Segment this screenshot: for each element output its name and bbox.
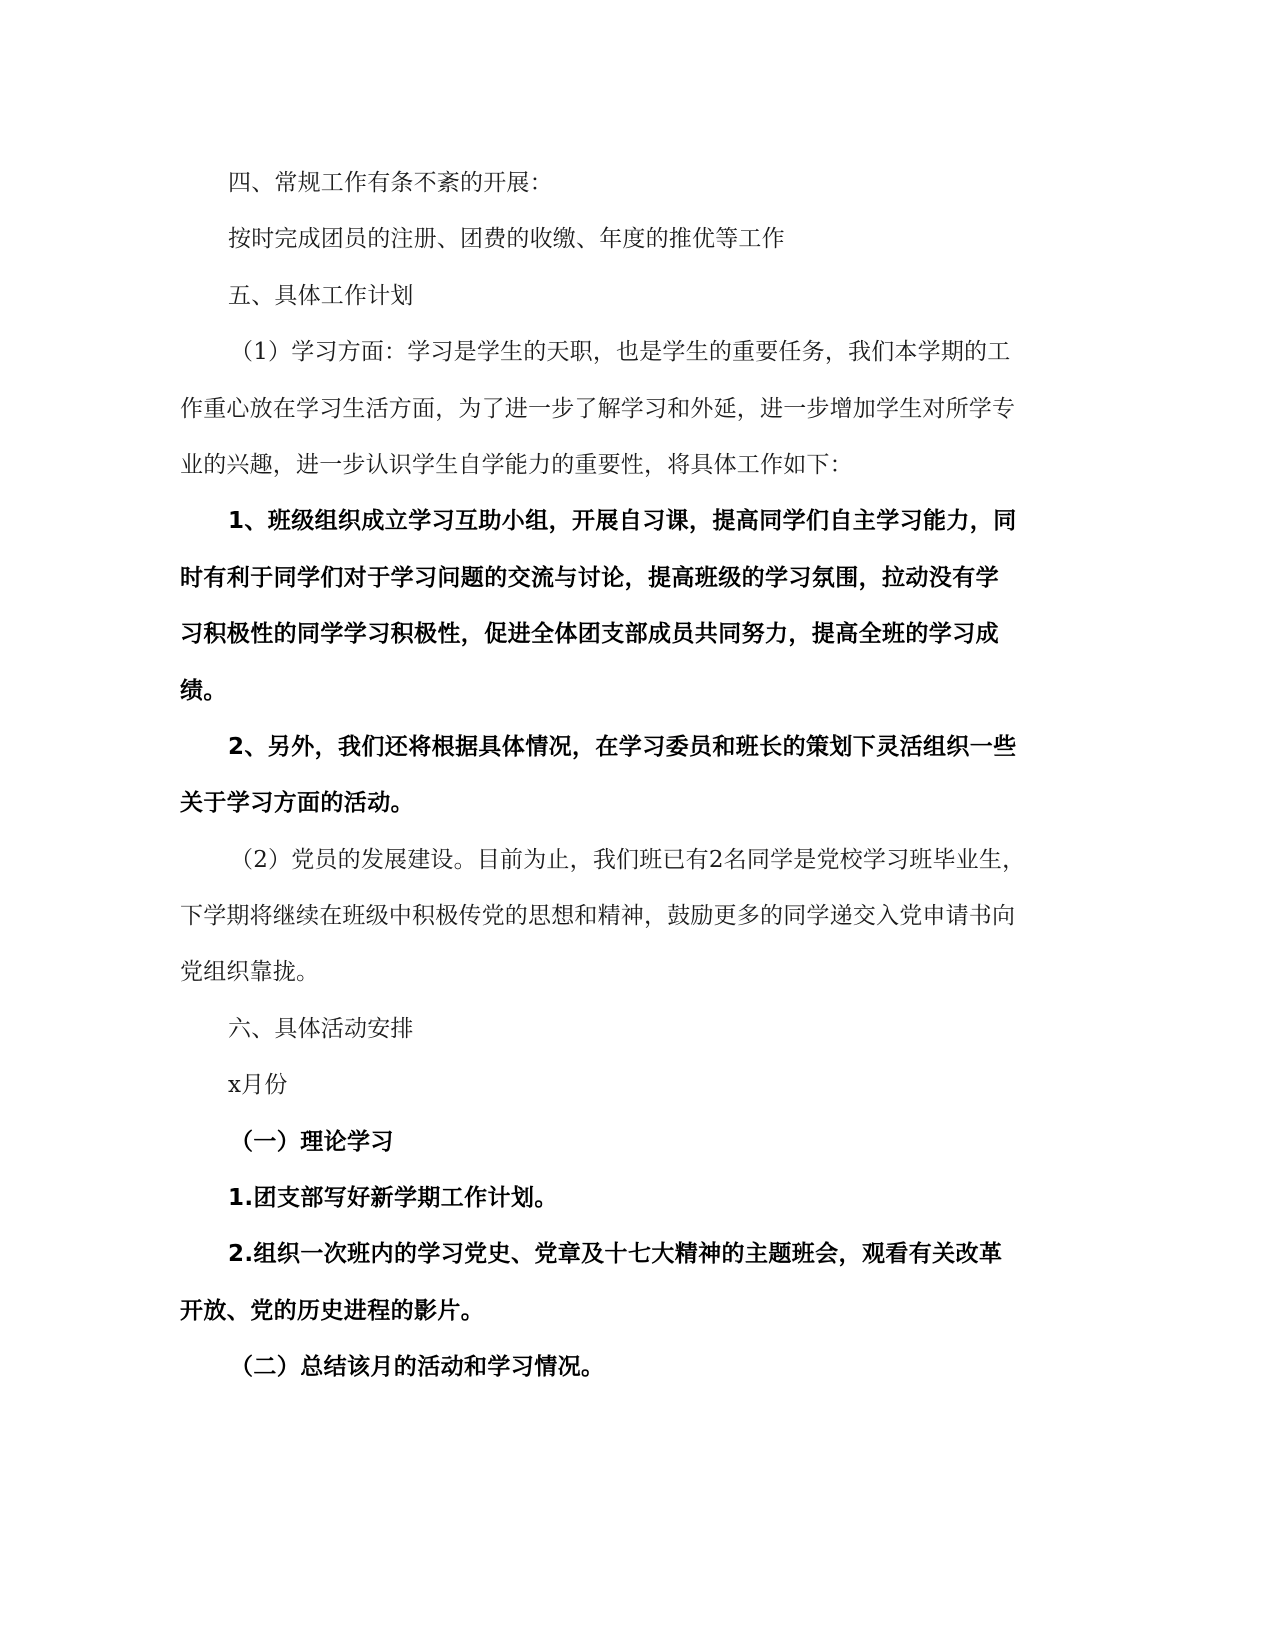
theory-item-1: 1.团支部写好新学期工作计划。 [180,1179,1040,1235]
summary-heading: （二）总结该月的活动和学习情况。 [180,1348,1040,1404]
section-4-body: 按时完成团员的注册、团费的收缴、年度的推优等工作 [180,220,1040,276]
item-2-line-1: 2、另外，我们还将根据具体情况，在学习委员和班长的策划下灵活组织一些 [180,728,1040,784]
party-line-1: （2）党员的发展建设。目前为止，我们班已有2名同学是党校学习班毕业生， [180,841,1040,897]
item-1-paragraph: 1、班级组织成立学习互助小组，开展自习课，提高同学们自主学习能力，同 时有利于同… [180,502,1040,728]
item-2-paragraph: 2、另外，我们还将根据具体情况，在学习委员和班长的策划下灵活组织一些 关于学习方… [180,728,1040,841]
party-line-2: 下学期将继续在班级中积极传党的思想和精神，鼓励更多的同学递交入党申请书向 [180,897,1040,953]
theory-item-2-line-2: 开放、党的历史进程的影片。 [180,1292,1040,1348]
theory-item-2-paragraph: 2.组织一次班内的学习党史、党章及十七大精神的主题班会，观看有关改革 开放、党的… [180,1235,1040,1348]
section-5-heading: 五、具体工作计划 [180,277,1040,333]
document-page: 四、常规工作有条不紊的开展： 按时完成团员的注册、团费的收缴、年度的推优等工作 … [180,164,1040,1405]
party-paragraph: （2）党员的发展建设。目前为止，我们班已有2名同学是党校学习班毕业生， 下学期将… [180,841,1040,1010]
study-line-1: （1）学习方面：学习是学生的天职，也是学生的重要任务，我们本学期的工 [180,333,1040,389]
item-1-line-3: 习积极性的同学学习积极性，促进全体团支部成员共同努力，提高全班的学习成 [180,615,1040,671]
section-4-heading: 四、常规工作有条不紊的开展： [180,164,1040,220]
month-label: x月份 [180,1066,1040,1122]
item-1-line-1: 1、班级组织成立学习互助小组，开展自习课，提高同学们自主学习能力，同 [180,502,1040,558]
study-line-2: 作重心放在学习生活方面，为了进一步了解学习和外延，进一步增加学生对所学专 [180,390,1040,446]
item-1-line-2: 时有利于同学们对于学习问题的交流与讨论，提高班级的学习氛围，拉动没有学 [180,559,1040,615]
theory-heading: （一）理论学习 [180,1123,1040,1179]
study-paragraph: （1）学习方面：学习是学生的天职，也是学生的重要任务，我们本学期的工 作重心放在… [180,333,1040,502]
item-1-line-4: 绩。 [180,672,1040,728]
theory-item-2-line-1: 2.组织一次班内的学习党史、党章及十七大精神的主题班会，观看有关改革 [180,1235,1040,1291]
party-line-3: 党组织靠拢。 [180,953,1040,1009]
section-6-heading: 六、具体活动安排 [180,1010,1040,1066]
item-2-line-2: 关于学习方面的活动。 [180,784,1040,840]
study-line-3: 业的兴趣，进一步认识学生自学能力的重要性，将具体工作如下： [180,446,1040,502]
